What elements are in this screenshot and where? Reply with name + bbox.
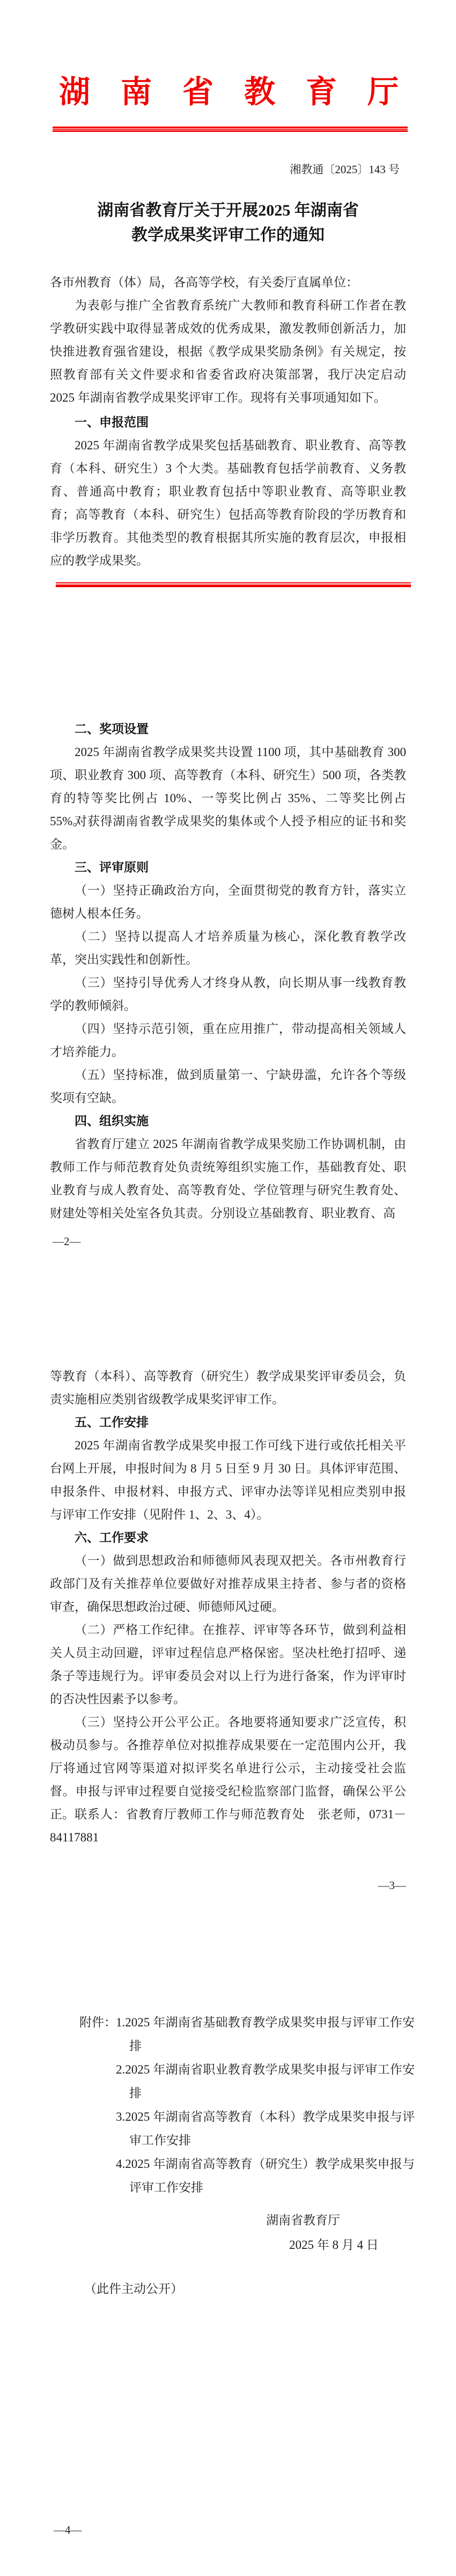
- page1-bottom-rule: [56, 582, 411, 587]
- section3-item-4: （四）坚持示范引领，重在应用推广，带动提高相关领域人才培养能力。: [50, 1017, 406, 1063]
- section1-body: 2025 年湖南省教学成果奖包括基础教育、职业教育、高等教育（本科、研究生）3 …: [50, 434, 406, 572]
- attachment-item-1: 1.2025 年湖南省基础教育教学成果奖申报与评审工作安排: [116, 2011, 415, 2058]
- disclosure-note: （此件主动公开）: [84, 2280, 183, 2298]
- page3-number: —3—: [50, 1879, 406, 1892]
- letterhead-title: 湖南省教育厅: [59, 70, 435, 115]
- section4-paragraph: 省教育厅建立 2025 年湖南省教学成果奖励工作协调机制，由教师工作与师范教育处…: [50, 1132, 406, 1225]
- section4-paragraph-continued: 等教育（本科）、高等教育（研究生）教学成果奖评审委员会，负责实施相应类别省级教学…: [50, 1365, 406, 1411]
- section3-heading: 三、评审原则: [50, 856, 406, 879]
- section3-item-3: （三）坚持引导优秀人才终身从教，向长期从事一线教育教学的教师倾斜。: [50, 971, 406, 1017]
- section1-heading: 一、申报范围: [50, 411, 406, 434]
- letterhead-rule: [53, 127, 408, 132]
- section2-paragraph-2: 对获得湖南省教学成果奖的集体或个人授予相应的证书和奖金。: [50, 810, 406, 856]
- attachment-item-3: 3.2025 年湖南省高等教育（本科）教学成果奖申报与评审工作安排: [116, 2105, 415, 2152]
- section5-heading: 五、工作安排: [50, 1411, 406, 1434]
- issue-date: 2025 年 8 月 4 日: [289, 2236, 379, 2254]
- notice-title-line1: 湖南省教育厅关于开展2025 年湖南省: [50, 199, 406, 222]
- section4-heading: 四、组织实施: [50, 1109, 406, 1132]
- salutation-line: 各市州教育（体）局，各高等学校，有关委厅直属单位：: [50, 271, 406, 294]
- attachment-item-2: 2.2025 年湖南省职业教育教学成果奖申报与评审工作安排: [116, 2058, 415, 2105]
- section6-item-1: （一）做到思想政治和师德师风表现双把关。各市州教育行政部门及有关推荐单位要做好对…: [50, 1549, 406, 1618]
- issuer-name: 湖南省教育厅: [266, 2211, 340, 2230]
- section3-item-5: （五）坚持标准，做到质量第一、宁缺毋滥，允许各个等级奖项有空缺。: [50, 1063, 406, 1109]
- page2-number: —2—: [53, 1235, 81, 1248]
- section6-item-2: （二）严格工作纪律。在推荐、评审等各环节，做到利益相关人员主动回避，评审过程信息…: [50, 1618, 406, 1711]
- section5-body: 2025 年湖南省教学成果奖申报工作可线下进行或依托相关平台网上开展，申报时间为…: [50, 1434, 406, 1526]
- attachments-label: 附件：: [79, 2011, 116, 2034]
- section6-heading: 六、工作要求: [50, 1526, 406, 1549]
- doc-number: 湘教通〔2025〕143 号: [50, 162, 400, 176]
- intro-paragraph: 为表彰与推广全省教育系统广大教师和教育科研工作者在教学教研实践中取得显著成效的优…: [50, 294, 406, 409]
- attachment-item-4: 4.2025 年湖南省高等教育（研究生）教学成果奖申报与评审工作安排: [116, 2152, 415, 2200]
- contact-line: 联系人：省教育厅教师工作与师范教育处 张老师，0731－84117881: [50, 1803, 406, 1849]
- page4-number: —4—: [54, 2523, 82, 2536]
- section2-heading: 二、奖项设置: [50, 717, 406, 741]
- notice-document: 湖南省教育厅 湘教通〔2025〕143 号 湖南省教育厅关于开展2025 年湖南…: [0, 0, 456, 2576]
- notice-title-line2: 教学成果奖评审工作的通知: [50, 224, 406, 247]
- section3-item-1: （一）坚持正确政治方向，全面贯彻党的教育方针，落实立德树人根本任务。: [50, 879, 406, 925]
- section3-item-2: （二）坚持以提高人才培养质量为核心，深化教育教学改革，突出实践性和创新性。: [50, 925, 406, 971]
